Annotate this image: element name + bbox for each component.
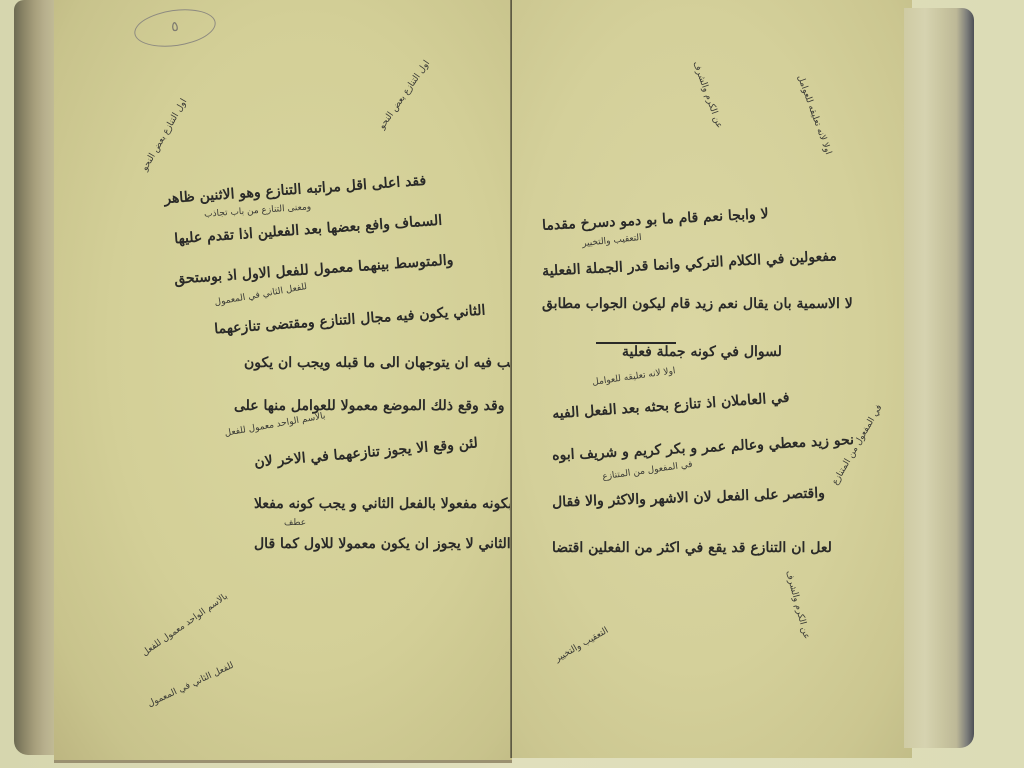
main-text-line: لعل ان التنازع قد يقع في اكثر من الفعلين… xyxy=(552,540,832,556)
marginal-gloss: التعقيب والتخيير xyxy=(554,626,611,665)
main-text-line: لئن وقع الا يجوز تنازعهما في الاخر لان xyxy=(254,435,479,470)
gloss-line: في المفعول من المتنازع xyxy=(602,460,693,483)
main-text-line: نحو زيد معطي وعالم عمر و بكر كريم و شريف… xyxy=(552,432,855,464)
main-text-line: هو يجب فيه ان يتوجهان الى ما قبله ويجب ا… xyxy=(244,355,543,371)
gloss-line: عطف xyxy=(284,518,306,528)
main-text-line: الثاني يكون فيه مجال التنازع ومقتضى تناز… xyxy=(214,303,486,338)
main-text-line: واقتصر على الفعل لان الاشهر والاكثر والا… xyxy=(552,485,825,511)
main-text-line: لا الاسمية بان يقال نعم زيد قام ليكون ال… xyxy=(542,296,853,312)
left-page: ٥ فقد اعلى اقل مراتبه التنازع وهو الاثني… xyxy=(54,0,512,763)
gloss-line: بالاسم الواحد معمول للفعل xyxy=(224,411,326,439)
folio-number-mark: ٥ xyxy=(132,4,218,51)
main-text-line: فقد اعلى اقل مراتبه التنازع وهو الاثنين … xyxy=(164,173,427,207)
marginal-gloss: اول التنازع بعض النحو xyxy=(140,97,189,172)
gloss-line: التعقيب والتخيير xyxy=(582,233,642,249)
main-text-line: في العاملان اذ تنازع بحثه بعد الفعل الفي… xyxy=(552,390,790,423)
gloss-line: ومعنى التنازع من باب تجاذب xyxy=(204,202,312,219)
marginal-gloss: عن الكرم والشرف xyxy=(691,60,725,130)
marginal-gloss: عن الكرم والشرف xyxy=(783,570,811,641)
main-text-line: وقد وقع ذلك الموضع معمولا للعوامل منها ع… xyxy=(234,398,504,414)
marginal-gloss: اولا لانه تعليقه للعوامل xyxy=(795,74,833,156)
gloss-line: اولا لانه تعليقه للعوامل xyxy=(592,366,676,388)
right-fore-edge xyxy=(904,8,974,748)
main-text-line: لا وابجا نعم قام ما بو دمو دسرخ مقدما xyxy=(542,206,769,234)
open-manuscript: ٥ فقد اعلى اقل مراتبه التنازع وهو الاثني… xyxy=(14,0,994,762)
gloss-line: للفعل الثاني في المعمول xyxy=(214,282,308,308)
main-text-line: مفعولين في الكلام التركي وانما قدر الجمل… xyxy=(542,248,837,279)
marginal-gloss: للفعل الثاني في المعمول xyxy=(146,661,235,710)
main-text-line: والمتوسط بينهما معمول للفعل الاول اذ بوس… xyxy=(174,252,454,287)
marginal-gloss: بالاسم الواحد معمول للفعل xyxy=(140,592,229,659)
right-page: لا وابجا نعم قام ما بو دمو دسرخ مقدما ال… xyxy=(512,0,912,758)
main-text-line: لسوال في كونه جملة فعلية xyxy=(622,344,782,360)
marginal-gloss: اول التنازع بعض النحو xyxy=(377,59,432,131)
